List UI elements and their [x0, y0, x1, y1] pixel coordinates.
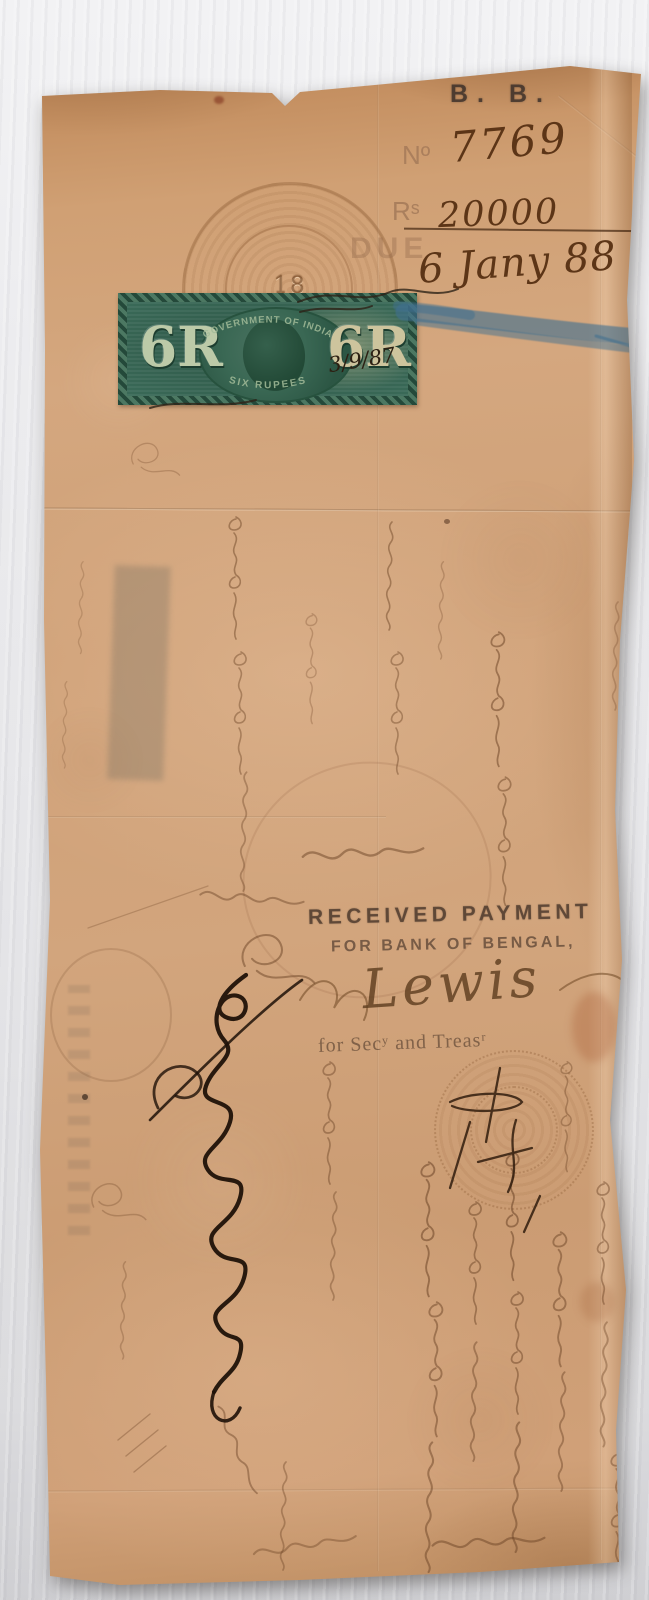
dark-speck: [82, 1094, 88, 1100]
photo-background: 18 B. B. Nº Rˢ DUE 7769 20000 6 Jany 88 …: [0, 0, 649, 1600]
embossed-seal-bottom: [434, 1050, 594, 1210]
serial-number-value: 7769: [448, 113, 571, 172]
rust-stain: [580, 1282, 614, 1322]
right-edge-shading: [588, 66, 632, 1566]
branch-code: B. B.: [450, 80, 552, 109]
paper-document: 18 B. B. Nº Rˢ DUE 7769 20000 6 Jany 88 …: [0, 0, 649, 1600]
gray-smudge: [107, 565, 170, 781]
paper-wrap: 18 B. B. Nº Rˢ DUE 7769 20000 6 Jany 88 …: [0, 0, 649, 1600]
svg-text:GOVERNMENT OF INDIA: GOVERNMENT OF INDIA: [201, 314, 335, 340]
rust-stain: [572, 992, 616, 1062]
svg-text:SIX RUPEES: SIX RUPEES: [228, 375, 309, 391]
stamp-arc-bottom: SIX RUPEES: [228, 375, 309, 391]
rs-label: Rˢ: [392, 196, 420, 227]
no-label: Nº: [402, 140, 430, 171]
dark-speck: [444, 519, 450, 524]
secretary-signature: Lewis: [360, 946, 543, 1021]
ink-stain: [214, 96, 224, 104]
stamp-arc-top: GOVERNMENT OF INDIA: [201, 314, 335, 340]
faint-round-stamp: [50, 948, 172, 1082]
